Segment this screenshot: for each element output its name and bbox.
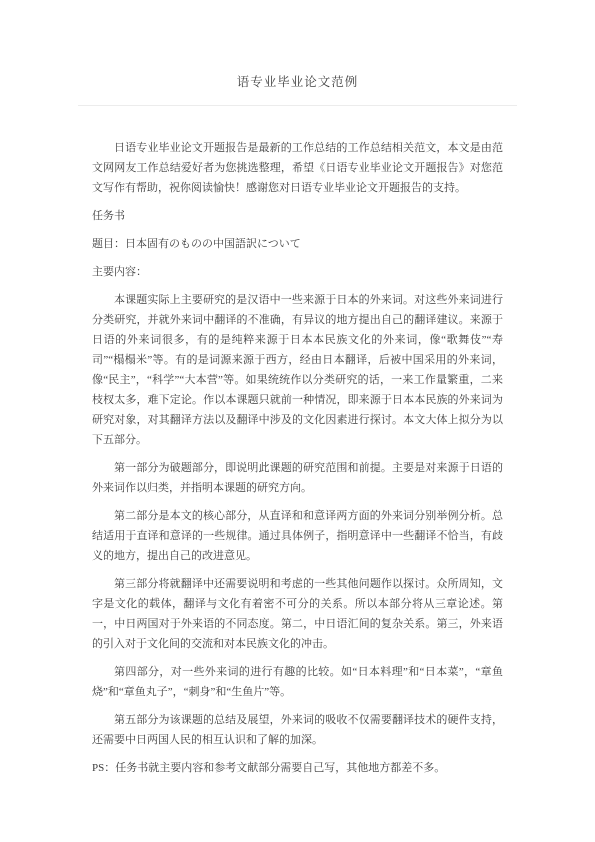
paragraph-part-5: 第五部分为该课题的总结及展望，外来词的吸收不仅需要翻译技术的硬件支持，还需要中日… — [92, 710, 503, 750]
paragraph-part-2: 第二部分是本文的核心部分，从直译和和意译两方面的外来词分别举例分析。总结适用于直… — [92, 506, 503, 566]
title-divider — [78, 105, 517, 106]
paragraph-part-1: 第一部分为破题部分，即说明此课题的研究范围和前提。主要是对来源于日语的外来词作以… — [92, 458, 503, 498]
document-body: 日语专业毕业论文开题报告是最新的工作总结的工作总结相关范文，本文是由范文网网友工… — [92, 138, 503, 778]
paragraph-part-4: 第四部分，对一些外来词的进行有趣的比较。如“日本料理”和“日本菜”，“章鱼烧”和… — [92, 662, 503, 702]
paragraph-intro: 日语专业毕业论文开题报告是最新的工作总结的工作总结相关范文，本文是由范文网网友工… — [92, 138, 503, 198]
document-title: 语专业毕业论文范例 — [92, 74, 503, 90]
section-label-task-book: 任务书 — [92, 206, 503, 226]
paragraph-ps-note: PS：任务书就主要内容和参考文献部分需要自己写，其他地方都差不多。 — [92, 758, 503, 778]
main-content-label: 主要内容： — [92, 262, 503, 282]
paragraph-part-3: 第三部分将就翻译中还需要说明和考虑的一些其他问题作以探讨。众所周知，文字是文化的… — [92, 574, 503, 654]
thesis-topic-line: 题目：日本固有のものの中国語訳について — [92, 234, 503, 254]
document-page: 语专业毕业论文范例 日语专业毕业论文开题报告是最新的工作总结的工作总结相关范文，… — [0, 0, 595, 842]
paragraph-topic-overview: 本课题实际上主要研究的是汉语中一些来源于日本的外来词。对这些外来词进行分类研究，… — [92, 290, 503, 450]
